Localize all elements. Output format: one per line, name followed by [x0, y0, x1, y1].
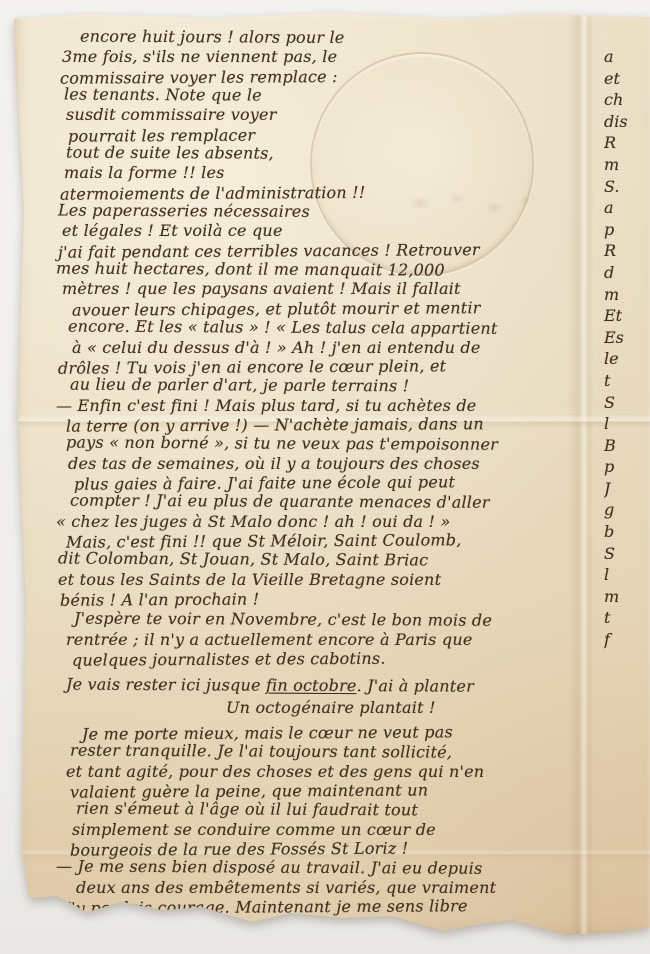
- adjacent-page-line-fragment: le: [604, 348, 650, 370]
- handwritten-line: « chez les juges à St Malo donc ! ah ! o…: [56, 512, 616, 531]
- handwritten-line: — Enfin c'est fini ! Mais plus tard, si …: [56, 396, 616, 415]
- adjacent-page-line-fragment: S.: [604, 176, 650, 198]
- adjacent-page-line-fragment: R: [604, 240, 650, 262]
- adjacent-page-line-fragment: et: [604, 68, 650, 90]
- letter-page: encore huit jours ! alors pour le3me foi…: [12, 10, 650, 938]
- handwritten-line: bénis ! A l'an prochain !: [60, 587, 616, 610]
- adjacent-page-line-fragment: l: [604, 413, 650, 435]
- adjacent-page-line-fragment: Et: [604, 305, 650, 327]
- handwritten-line: et tous les Saints de la Vieille Bretagn…: [58, 570, 616, 589]
- handwritten-line: mètres ! que les paysans avaient ! Mais …: [62, 279, 616, 298]
- handwritten-line: dit Colomban, St Jouan, St Malo, Saint B…: [58, 549, 616, 571]
- handwritten-line: compter ! J'ai eu plus de quarante menac…: [70, 491, 616, 513]
- adjacent-page-line-fragment: d: [604, 262, 650, 284]
- handwritten-line: deux ans des embêtements si variés, que …: [76, 878, 616, 897]
- handwritten-line: mes huit hectares, dont il me manquait 1…: [56, 259, 616, 281]
- adjacent-page-line-fragment: t: [604, 607, 650, 629]
- handwritten-line: des tas de semaines, où il y a toujours …: [68, 454, 616, 473]
- adjacent-page-line-fragment: J: [604, 478, 650, 500]
- handwritten-line: J'espère te voir en Novembre, c'est le b…: [74, 609, 616, 631]
- handwritten-line: Les paperasseries nécessaires: [58, 201, 616, 223]
- handwritten-line: mais la forme !! les: [64, 163, 616, 182]
- adjacent-page-line-fragment: t: [604, 370, 650, 392]
- adjacent-page-line-fragment: m: [604, 284, 650, 306]
- adjacent-page-line-fragment: f: [604, 629, 650, 651]
- handwritten-line: à « celui du dessus d'à ! » Ah ! j'en ai…: [72, 338, 616, 357]
- handwritten-line: Un octogénaire plantait !: [226, 698, 616, 717]
- handwritten-line: encore huit jours ! alors pour le: [80, 27, 616, 49]
- handwritten-line: Je vais rester ici jusque fin octobre. J…: [66, 675, 616, 697]
- adjacent-page-line-fragment: R: [604, 132, 650, 154]
- handwritten-line: pays « non borné », si tu ne veux pas t'…: [66, 433, 616, 455]
- handwritten-line: rien s'émeut à l'âge où il lui faudrait …: [76, 799, 616, 821]
- handwritten-line: 3me fois, s'ils ne viennent pas, le: [62, 47, 616, 66]
- adjacent-page-line-fragment: m: [604, 154, 650, 176]
- adjacent-page-line-fragment: a: [604, 197, 650, 219]
- letter-sheet-wrap: encore huit jours ! alors pour le3me foi…: [0, 0, 650, 954]
- adjacent-page-line-fragment: ch: [604, 89, 650, 111]
- handwritten-line: susdit commissaire voyer: [66, 105, 616, 124]
- adjacent-page-line-fragment: p: [604, 456, 650, 478]
- adjacent-page-line-fragment: b: [604, 521, 650, 543]
- adjacent-page-line-fragment: g: [604, 499, 650, 521]
- adjacent-page-line-fragment: m: [604, 586, 650, 608]
- adjacent-page-line-fragment: l: [604, 564, 650, 586]
- adjacent-page-line-fragment: S: [604, 543, 650, 565]
- handwritten-line: les tenants. Note que le: [64, 85, 616, 107]
- handwritten-line: encore. Et les « talus » ! « Les talus c…: [68, 317, 616, 339]
- adjacent-page-text-fragments: aetchdisRmS.apRdmEtEsletSlBpJgbSlmtf: [604, 46, 650, 686]
- adjacent-page-line-fragment: dis: [604, 111, 650, 133]
- handwritten-line: quelques journalistes et des cabotins.: [72, 647, 616, 670]
- adjacent-page-line-fragment: S: [604, 392, 650, 414]
- adjacent-page-line-fragment: a: [604, 46, 650, 68]
- handwritten-line: et légales ! Et voilà ce que: [62, 221, 616, 240]
- adjacent-page-line-fragment: Es: [604, 327, 650, 349]
- handwritten-line: au lieu de parler d'art, je parle terrai…: [70, 375, 616, 397]
- handwritten-line: tout de suite les absents,: [66, 143, 616, 165]
- handwritten-line: rentrée ; il n'y a actuellement encore à…: [66, 630, 616, 649]
- photo-background: encore huit jours ! alors pour le3me foi…: [0, 0, 650, 954]
- handwritten-line: rester tranquille. Je l'ai toujours tant…: [70, 741, 616, 763]
- adjacent-page-line-fragment: B: [604, 435, 650, 457]
- handwritten-line: j'y perdais courage. Maintenant je me se…: [66, 895, 616, 918]
- handwritten-text-block: encore huit jours ! alors pour le3me foi…: [56, 28, 616, 916]
- handwritten-line: et tant agité, pour des choses et des ge…: [66, 762, 616, 781]
- adjacent-page-line-fragment: p: [604, 219, 650, 241]
- handwritten-line: — Je me sens bien disposé au travail. J'…: [56, 857, 616, 879]
- handwritten-line: simplement se conduire comme un cœur de: [72, 820, 616, 839]
